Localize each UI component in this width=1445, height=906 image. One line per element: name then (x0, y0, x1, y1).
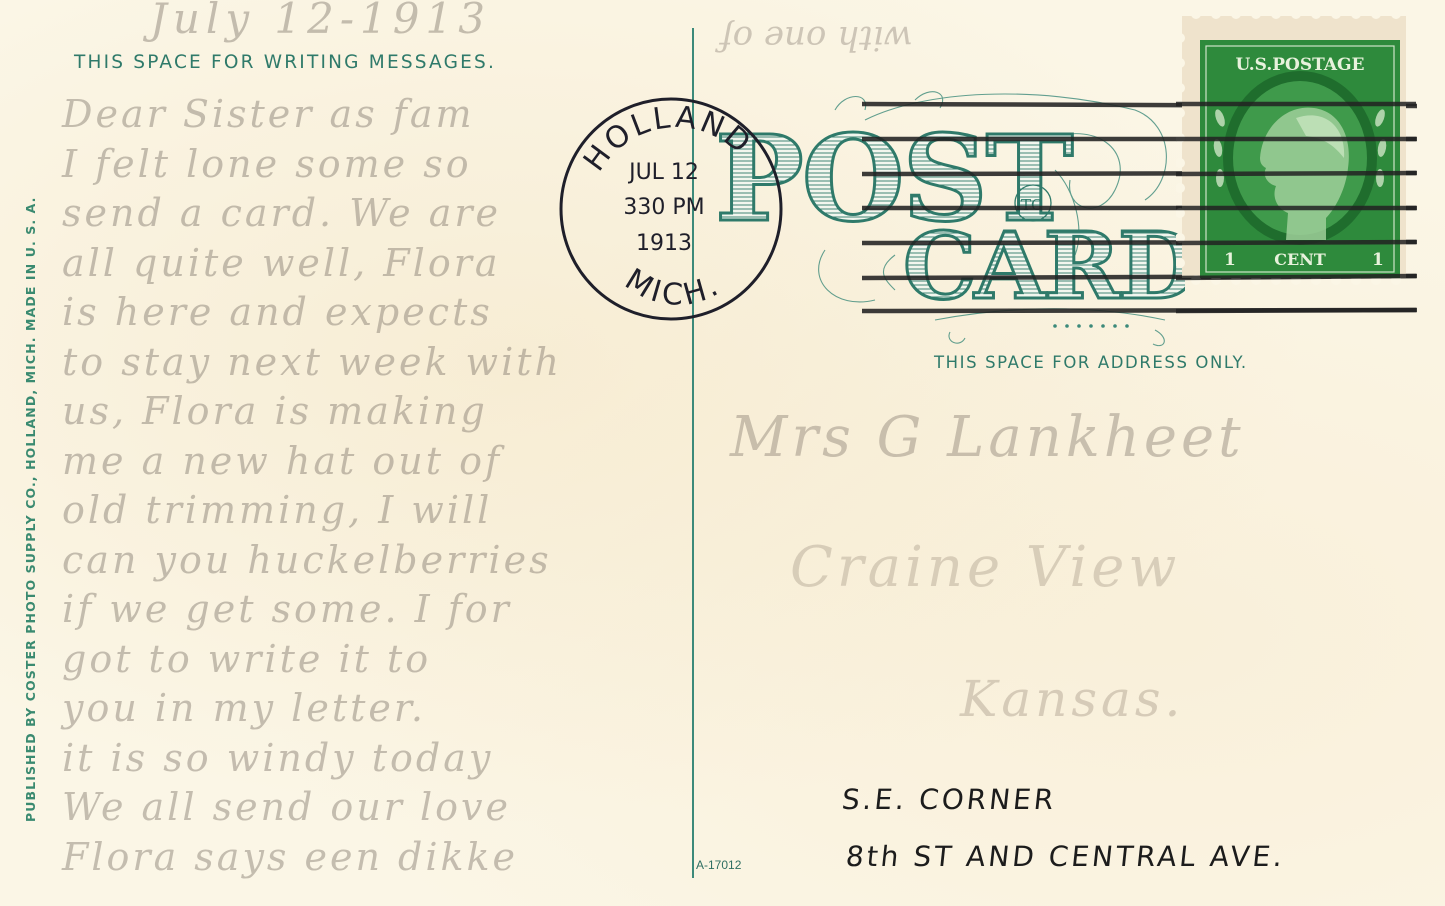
message-line: got to write it to (62, 637, 431, 681)
message-line: us, Flora is making (62, 389, 488, 433)
address-line-town: Craine View (790, 535, 1180, 600)
card-serial-number: A-17012 (696, 858, 741, 872)
message-line: I felt lone some so (62, 142, 472, 186)
marker-note-line-2: 8th ST AND CENTRAL AVE. (844, 840, 1287, 873)
handwritten-date: July 12-1913 (150, 0, 491, 43)
upside-down-note: with one of (720, 18, 913, 58)
svg-text:1913: 1913 (636, 231, 692, 256)
address-line-name: Mrs G Lankheet (730, 405, 1245, 470)
circular-postmark: HOLLAND MICH. JUL 12 330 PM 1913 (556, 94, 786, 324)
postcard-back: July 12-1913 THIS SPACE FOR WRITING MESS… (0, 0, 1445, 906)
message-line: you in my letter. (62, 686, 426, 730)
address-area-header: THIS SPACE FOR ADDRESS ONLY. (934, 353, 1248, 372)
message-line: Dear Sister as fam (62, 92, 475, 136)
message-line: Flora says een dikke (62, 835, 518, 879)
svg-text:JUL 12: JUL 12 (627, 160, 699, 185)
message-line: me a new hat out of (62, 439, 502, 483)
marker-note-line-1: S.E. CORNER (840, 783, 1058, 816)
message-line: all quite well, Flora (62, 241, 501, 285)
address-line-state: Kansas. (960, 670, 1184, 728)
message-line: We all send our love (62, 785, 511, 829)
message-area-header: THIS SPACE FOR WRITING MESSAGES. (74, 52, 496, 73)
message-line: it is so windy today (62, 736, 493, 780)
stamp-cancel-lines (1176, 96, 1416, 326)
svg-text:MICH.: MICH. (619, 262, 727, 313)
message-line: if we get some. I for (62, 587, 512, 631)
message-line: to stay next week with (62, 340, 562, 384)
publisher-imprint: PUBLISHED BY COSTER PHOTO SUPPLY CO., HO… (23, 196, 38, 822)
message-line: is here and expects (62, 290, 493, 334)
svg-text:330 PM: 330 PM (623, 195, 704, 220)
message-line: send a card. We are (62, 191, 501, 235)
message-line: can you huckelberries (62, 538, 552, 582)
message-line: old trimming, I will (62, 488, 492, 532)
